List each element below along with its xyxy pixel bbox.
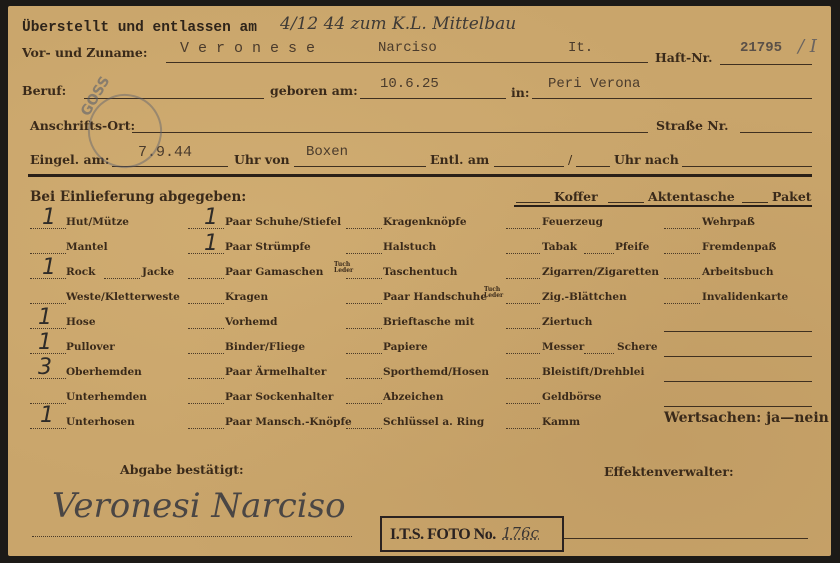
firstname-value: Narciso [378, 40, 437, 56]
item-extra: Pfeife [615, 241, 649, 253]
item-label: Sporthemd/Hosen [383, 366, 489, 378]
item-qty: 1 [42, 208, 56, 228]
effekten-label: Effektenverwalter: [604, 464, 734, 479]
beruf-label: Beruf: [22, 83, 66, 98]
entl-label: Entl. am [430, 152, 489, 167]
name-underline [166, 62, 648, 63]
item-label: Mantel [66, 241, 108, 253]
item-label: Brieftasche mit [383, 316, 474, 328]
header-handwritten: 4/12 44 zum K.L. Mittelbau [280, 14, 516, 34]
item-extra: Jacke [142, 266, 174, 278]
item-label: Pullover [66, 341, 115, 353]
item-label: Weste/Kletterweste [66, 291, 180, 303]
paket-blank [742, 202, 768, 203]
entl-underline-2 [576, 166, 610, 167]
aktentasche-blank [608, 202, 644, 203]
item-label: Fremdenpaß [702, 241, 776, 253]
geboren-value: 10.6.25 [380, 76, 439, 92]
nationality-value: It. [568, 40, 593, 56]
item-sup: Tuch Leder [484, 287, 506, 299]
container-underline [514, 205, 812, 207]
container-paket: Paket [772, 189, 812, 204]
item-qty: 1 [38, 333, 52, 353]
blank-line [664, 356, 812, 357]
item-label: Halstuch [383, 241, 436, 253]
item-label: Invalidenkarte [702, 291, 788, 303]
container-aktentasche: Aktentasche [648, 189, 735, 204]
item-label: Vorhemd [225, 316, 278, 328]
foto-label: I.T.S. FOTO No. [390, 526, 496, 544]
item-label: Messer [542, 341, 584, 353]
item-label: Ziertuch [542, 316, 592, 328]
item-label: Kragen [225, 291, 268, 303]
item-qty: 1 [40, 406, 54, 426]
abgabe-label: Abgabe bestätigt: [120, 462, 244, 477]
item-label: Paar Sockenhalter [225, 391, 333, 403]
signature: Veronesi Narciso [52, 486, 346, 526]
uhr-von-label: Uhr von [234, 152, 290, 167]
header-typed: Überstellt und entlassen am [22, 20, 257, 36]
blank-line [664, 381, 812, 382]
item-label: Arbeitsbuch [702, 266, 773, 278]
item-label: Paar Schuhe/Stiefel [225, 216, 341, 228]
blank-line [664, 331, 812, 332]
item-sup: Tuch Leder [334, 262, 356, 274]
item-qty: 1 [42, 258, 56, 278]
in-label: in: [511, 85, 529, 100]
item-label: Geldbörse [542, 391, 601, 403]
in-underline [532, 98, 812, 99]
item-label: Bleistift/Drehblei [542, 366, 644, 378]
item-extra: Schere [617, 341, 658, 353]
entl-separator: / [568, 152, 572, 167]
strasse-label: Straße Nr. [656, 118, 729, 133]
prisoner-effects-card: Überstellt und entlassen am 4/12 44 zum … [8, 6, 831, 556]
signature-line [32, 536, 352, 537]
item-qty: 3 [38, 358, 52, 378]
item-qty: 1 [38, 308, 52, 328]
item-label: Unterhosen [66, 416, 135, 428]
uhr-von-underline [294, 166, 426, 167]
item-label: Oberhemden [66, 366, 142, 378]
item-label: Hose [66, 316, 96, 328]
item-label: Paar Mansch.-Knöpfe [225, 416, 352, 428]
name-label: Vor- und Zuname: [22, 45, 147, 60]
section-divider [28, 174, 812, 177]
item-label: Rock [66, 266, 95, 278]
blank-line [664, 406, 812, 407]
item-label: Paar Ärmelhalter [225, 366, 326, 378]
uhr-von-value: Boxen [306, 144, 348, 160]
container-koffer: Koffer [554, 189, 598, 204]
item-label: Taschentuch [383, 266, 457, 278]
item-label: Zig.-Blättchen [542, 291, 627, 303]
uhr-nach-underline [682, 166, 812, 167]
item-qty: 1 [204, 234, 218, 254]
item-label: Zigarren/Zigaretten [542, 266, 659, 278]
wertsachen-label: Wertsachen: ja—nein [664, 410, 829, 426]
geboren-underline [360, 98, 506, 99]
item-label: Kamm [542, 416, 580, 428]
effekten-signature-line [564, 538, 808, 539]
geboren-label: geboren am: [270, 83, 358, 98]
item-label: Paar Gamaschen [225, 266, 323, 278]
entl-underline-1 [494, 166, 564, 167]
foto-number: 176c [502, 524, 539, 542]
item-label: Binder/Fliege [225, 341, 305, 353]
item-label: Feuerzeug [542, 216, 603, 228]
item-qty: 1 [204, 208, 218, 228]
haft-number-mark: / I [798, 36, 817, 57]
uhr-nach-label: Uhr nach [614, 152, 679, 167]
item-label: Paar Strümpfe [225, 241, 311, 253]
its-foto-stamp: I.T.S. FOTO No. 176c [380, 516, 564, 552]
koffer-blank [516, 202, 550, 203]
haft-label: Haft-Nr. [655, 50, 712, 65]
item-label: Unterhemden [66, 391, 147, 403]
haft-number: 21795 [740, 40, 782, 56]
in-value: Peri Verona [548, 76, 640, 92]
item-label: Papiere [383, 341, 428, 353]
items-heading: Bei Einlieferung abgegeben: [30, 189, 246, 205]
item-label: Wehrpaß [702, 216, 755, 228]
item-label: Kragenknöpfe [383, 216, 467, 228]
item-label: Paar Handschuhe [383, 291, 487, 303]
haft-underline [720, 64, 812, 65]
item-label: Schlüssel a. Ring [383, 416, 484, 428]
strasse-underline [740, 132, 812, 133]
item-label: Hut/Mütze [66, 216, 129, 228]
item-label: Abzeichen [383, 391, 443, 403]
item-label: Tabak [542, 241, 577, 253]
surname-value: V e r o n e s e [180, 40, 315, 57]
anschrift-underline [132, 132, 648, 133]
